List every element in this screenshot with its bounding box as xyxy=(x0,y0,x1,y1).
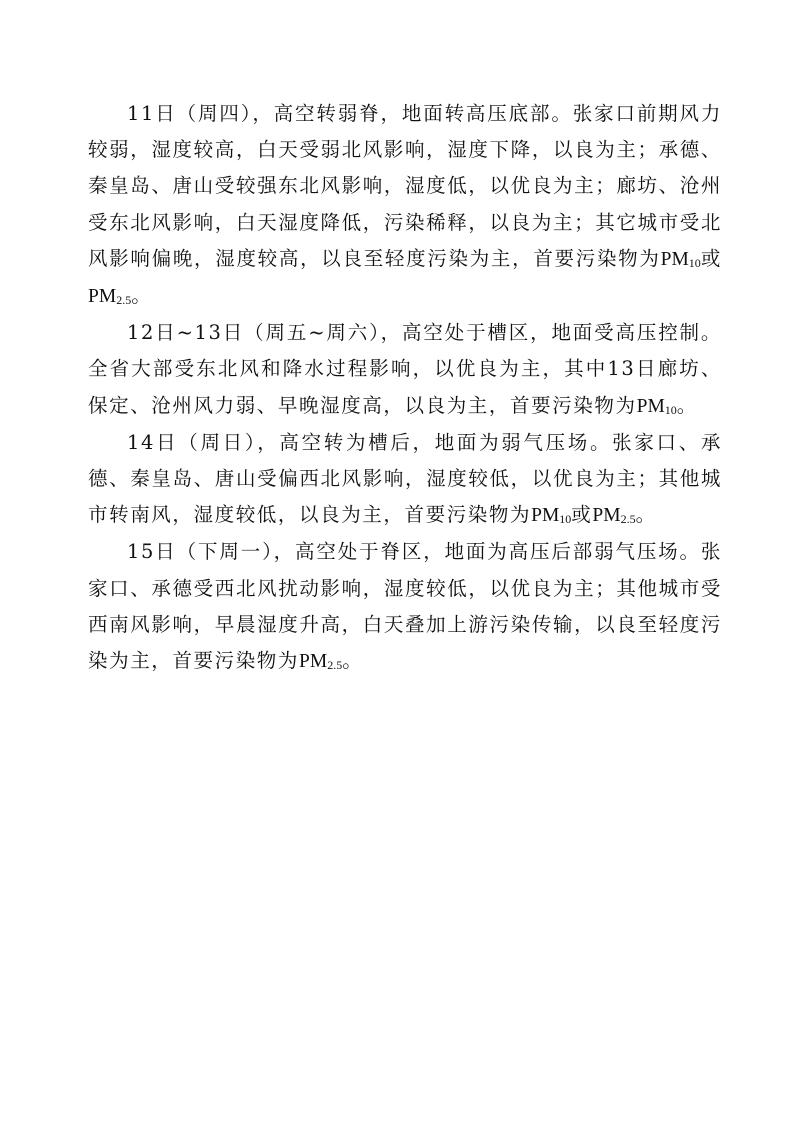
pollutant-pm10: PM10 xyxy=(531,505,571,526)
text-segment: 或 xyxy=(571,503,592,526)
text-segment: 12日~13日（周五~周六），高空处于槽区，地面受高压控制。全省大部受东北风和降… xyxy=(88,321,722,416)
pollutant-pm25: PM2.5 xyxy=(299,651,342,672)
text-segment: 。 xyxy=(636,503,657,526)
paragraph-day-12-13: 12日~13日（周五~周六），高空处于槽区，地面受高压控制。全省大部受东北风和降… xyxy=(88,315,722,425)
pollutant-pm10: PM10 xyxy=(661,249,701,270)
text-segment: 或 xyxy=(701,247,722,270)
text-segment: 。 xyxy=(131,284,152,307)
paragraph-day-15: 15日（下周一），高空处于脊区，地面为高压后部弱气压场。张家口、承德受西北风扰动… xyxy=(88,534,722,680)
text-segment: 15日（下周一），高空处于脊区，地面为高压后部弱气压场。张家口、承德受西北风扰动… xyxy=(88,540,722,672)
text-segment: 。 xyxy=(677,394,698,417)
paragraph-day-14: 14日（周日），高空转为槽后，地面为弱气压场。张家口、承德、秦皇岛、唐山受偏西北… xyxy=(88,425,722,535)
text-segment: 11日（周四），高空转弱脊，地面转高压底部。张家口前期风力较弱，湿度较高，白天受… xyxy=(88,102,722,270)
pollutant-pm25: PM2.5 xyxy=(592,505,635,526)
text-segment: 。 xyxy=(342,649,363,672)
document-page: 11日（周四），高空转弱脊，地面转高压底部。张家口前期风力较弱，湿度较高，白天受… xyxy=(88,96,722,680)
pollutant-pm10: PM10 xyxy=(637,396,677,417)
paragraph-day-11: 11日（周四），高空转弱脊，地面转高压底部。张家口前期风力较弱，湿度较高，白天受… xyxy=(88,96,722,315)
pollutant-pm25: PM2.5 xyxy=(88,286,131,307)
